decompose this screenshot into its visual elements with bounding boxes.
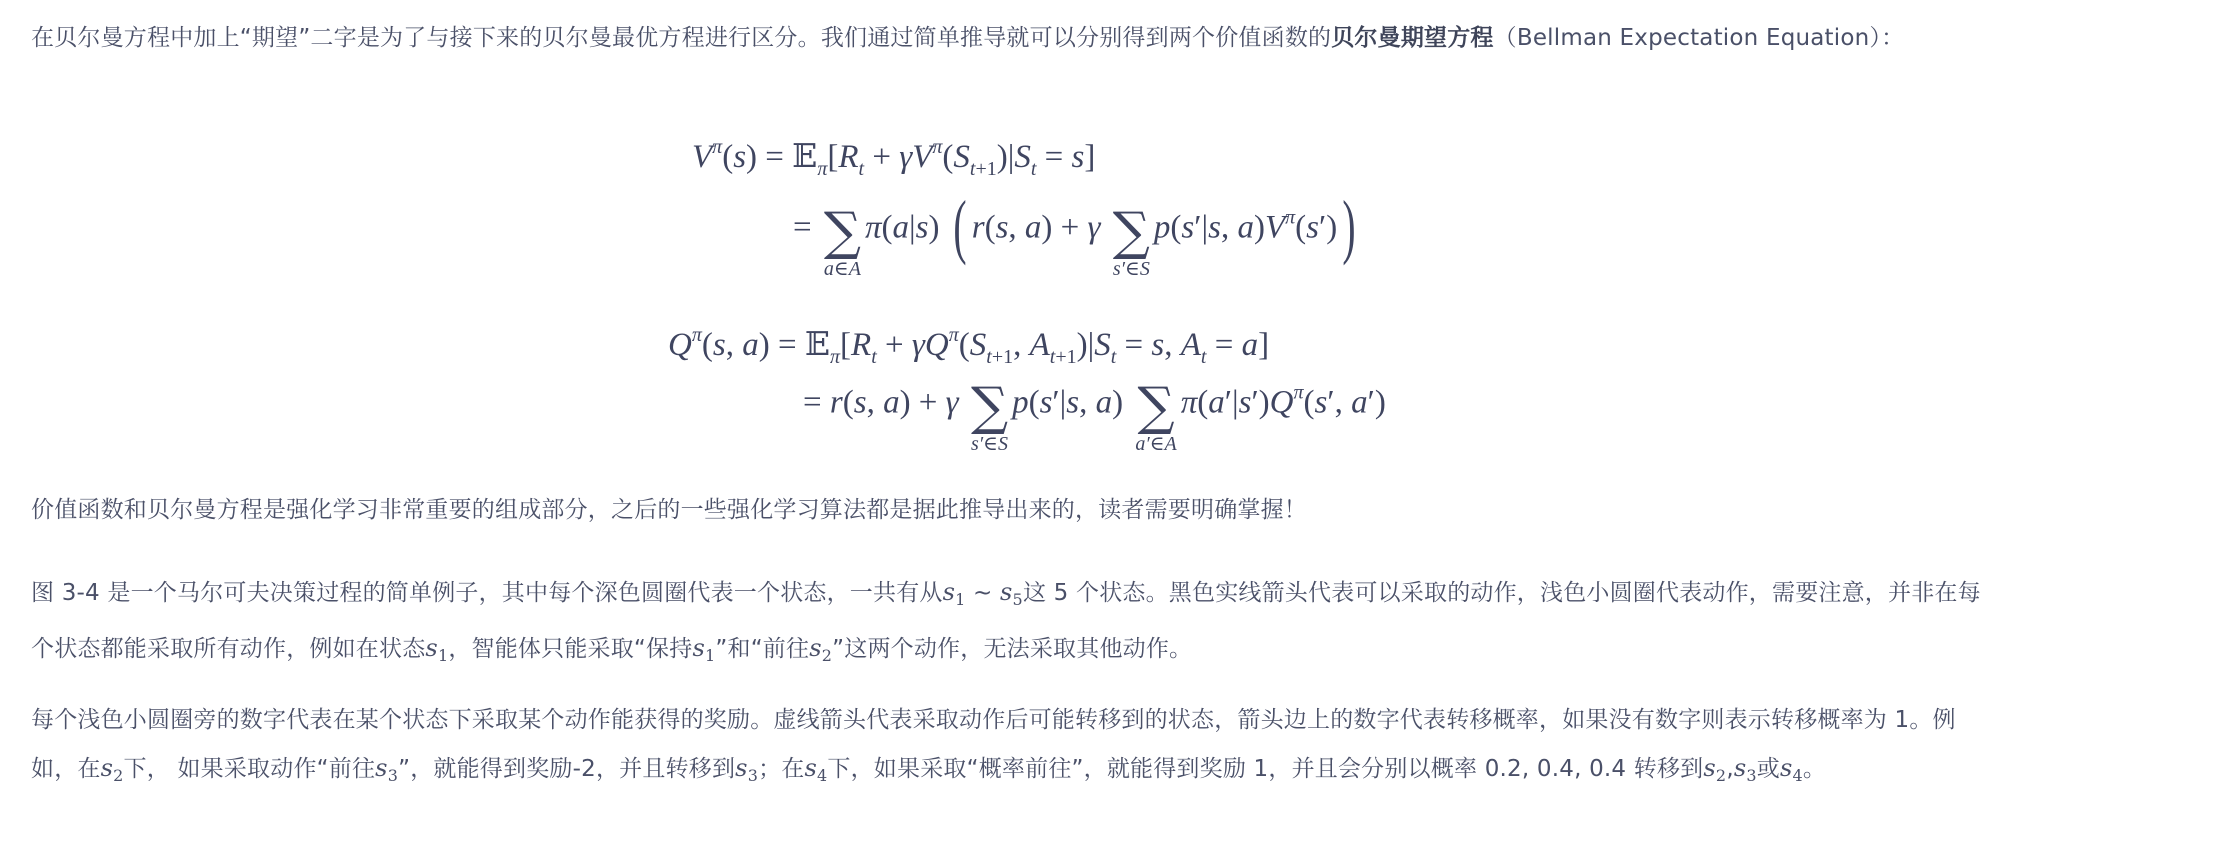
text: ~ [966,580,1001,606]
math-s1: s1 [692,634,715,662]
intro-text: 在贝尔曼方程中加上“期望”二字是为了与接下来的贝尔曼最优方程进行区分。我们通过简… [31,25,1331,51]
text: ，智能体只能采取“保持 [448,636,692,662]
mdp-example-paragraph: 图 3-4 是一个马尔可夫决策过程的简单例子，其中每个深色圆圈代表一个状态，一共… [31,568,1981,680]
v-equation-line-1: Vπ(s) = 𝔼π[Rt + γVπ(St+1)|St = s] [692,136,1095,181]
text: 或 [1757,756,1780,782]
summation-a: ∑a∈A [824,207,861,281]
summation-a-prime: ∑a′∈A [1135,382,1176,456]
importance-paragraph: 价值函数和贝尔曼方程是强化学习非常重要的组成部分，之后的一些强化学习算法都是据此… [31,486,1981,534]
text: ”，就能得到奖励-2，并且转移到 [398,756,735,782]
text: , [1726,756,1734,782]
math-s2: s2 [809,634,832,662]
math-s1: s1 [943,578,966,606]
math-s3: s3 [375,754,398,782]
math-s2: s2 [1703,754,1726,782]
v-equation-line-2: = ∑a∈Aπ(a|s) (r(s, a) + γ ∑s′∈Sp(s′|s, a… [793,190,1361,270]
intro-paragraph: 在贝尔曼方程中加上“期望”二字是为了与接下来的贝尔曼最优方程进行区分。我们通过简… [31,14,1981,62]
math-s3: s3 [735,754,758,782]
summation-s-prime: ∑s′∈S [971,382,1008,456]
math-s5: s5 [1000,578,1023,606]
math-s1: s1 [425,634,448,662]
text: 下，如果采取“概率前往”，就能得到奖励 1，并且会分别以概率 0.2, 0.4,… [827,756,1703,782]
math-s4: s4 [1780,754,1803,782]
text: 。 [1803,756,1826,782]
bellman-expectation-term: 贝尔曼期望方程 [1331,25,1493,51]
text: ”这两个动作，无法采取其他动作。 [832,636,1192,662]
math-s2: s2 [101,754,124,782]
q-equation-line-2: = r(s, a) + γ ∑s′∈Sp(s′|s, a) ∑a′∈Aπ(a′|… [803,368,1386,442]
text: ；在 [758,756,804,782]
reward-transition-paragraph: 每个浅色小圆圈旁的数字代表在某个状态下采取某个动作能获得的奖励。虚线箭头代表采取… [31,696,1981,800]
q-equation-line-1: Qπ(s, a) = 𝔼π[Rt + γQπ(St+1, At+1)|St = … [668,324,1269,369]
intro-text-tail: （Bellman Expectation Equation）： [1494,25,1905,51]
text: ”和“前往 [715,636,809,662]
text: 下， 如果采取动作“前往 [124,756,376,782]
summation-s-prime: ∑s′∈S [1113,207,1150,281]
text: 图 3-4 是一个马尔可夫决策过程的简单例子，其中每个深色圆圈代表一个状态，一共… [31,580,943,606]
math-s4: s4 [804,754,827,782]
math-s3: s3 [1734,754,1757,782]
